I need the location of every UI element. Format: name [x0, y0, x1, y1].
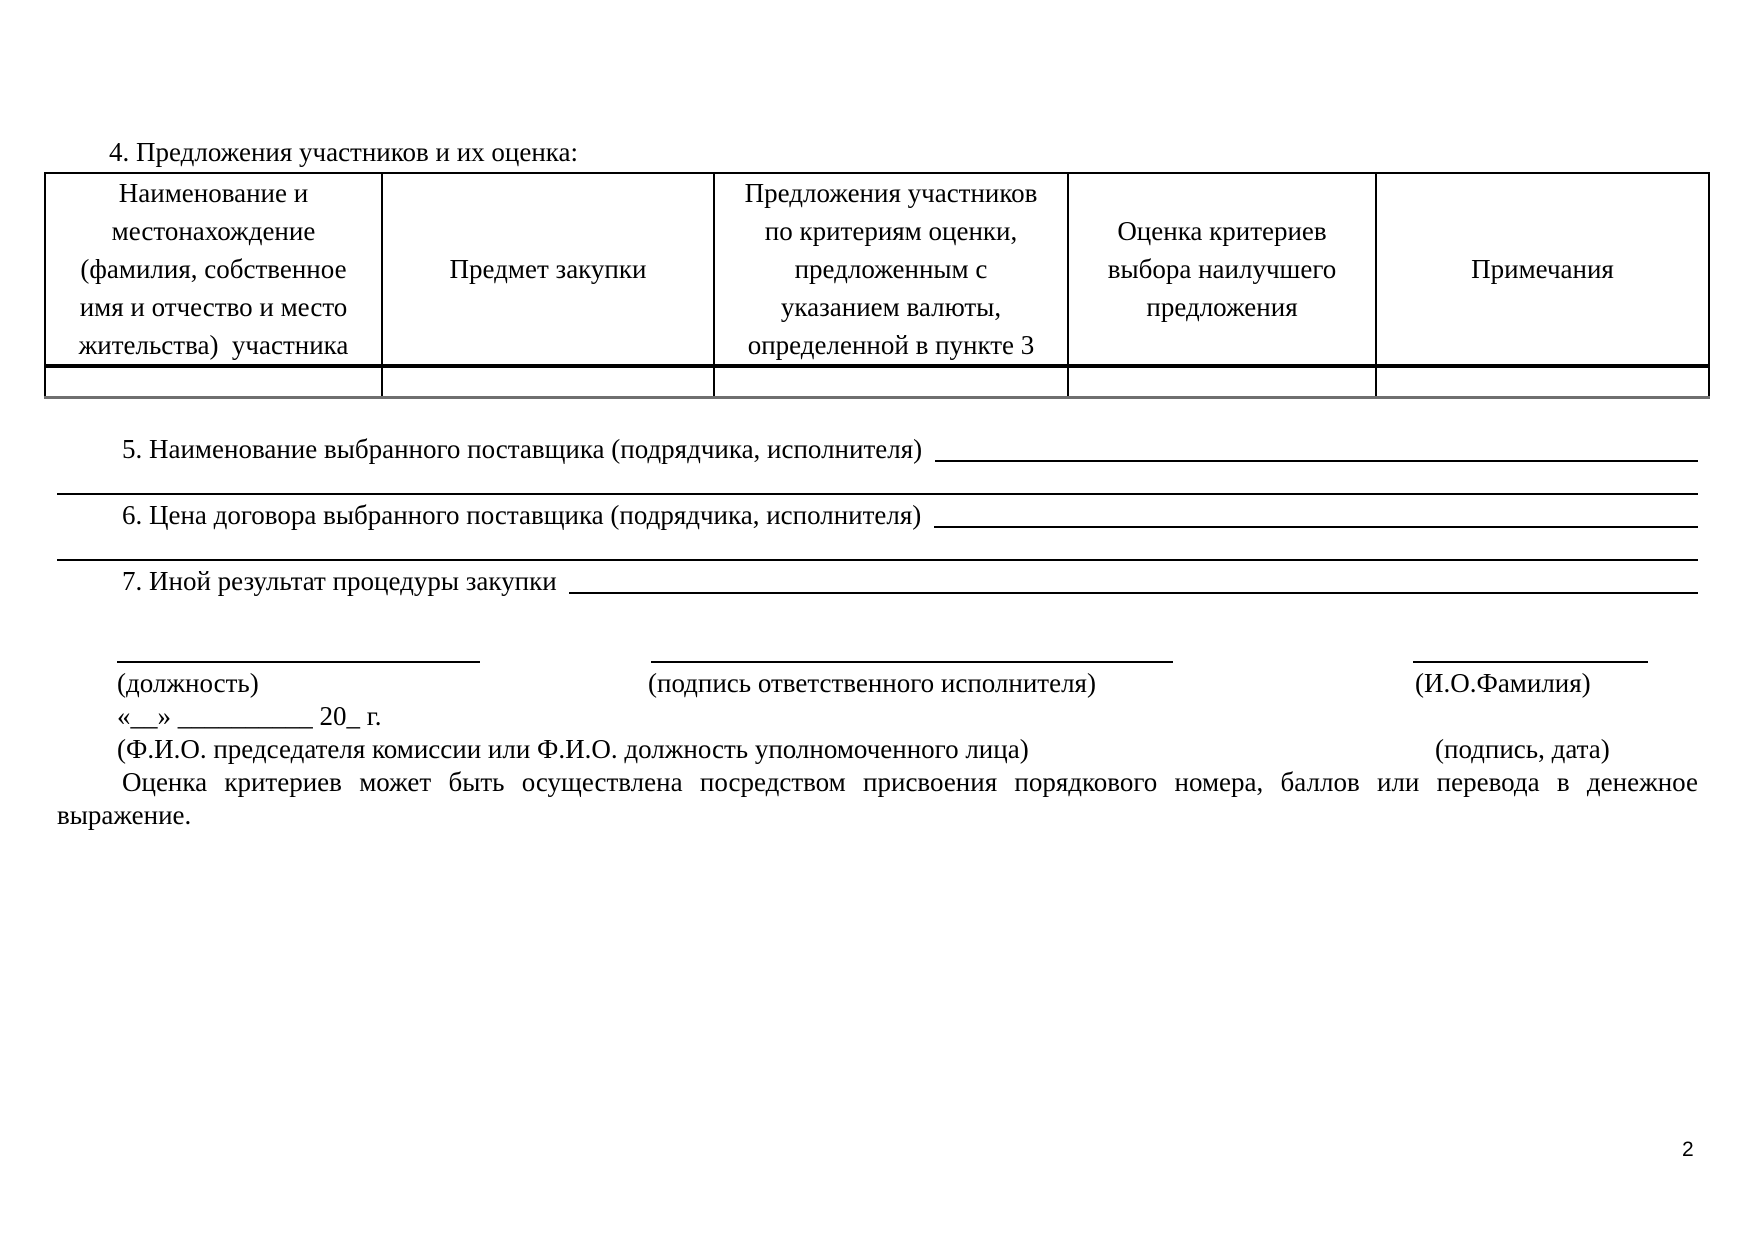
section5-line: 5. Наименование выбранного поставщика (п… — [57, 433, 1698, 466]
items-5-7-block: 5. Наименование выбранного поставщика (п… — [57, 433, 1698, 598]
table-row — [45, 366, 1709, 398]
proposals-table: Наименование и местонахождение (фамилия,… — [44, 172, 1710, 399]
section7-blank-line — [569, 565, 1698, 594]
cell-notes — [1376, 366, 1709, 398]
page-number: 2 — [1682, 1136, 1694, 1164]
document-page: 4. Предложения участников и их оценка: Н… — [0, 0, 1755, 1240]
section5-label: 5. Наименование выбранного поставщика (п… — [122, 433, 929, 466]
name-label: (И.О.Фамилия) — [1415, 667, 1591, 700]
section4-title: 4. Предложения участников и их оценка: — [57, 136, 1698, 169]
column-header-participant: Наименование и местонахождение (фамилия,… — [45, 173, 382, 366]
cell-participant — [45, 366, 382, 398]
section6-label: 6. Цена договора выбранного поставщика (… — [122, 499, 928, 532]
fio-label: (Ф.И.О. председателя комиссии или Ф.И.О.… — [117, 733, 1029, 766]
table-header-row: Наименование и местонахождение (фамилия,… — [45, 173, 1709, 366]
section7-label: 7. Иной результат процедуры закупки — [122, 565, 563, 598]
column-header-proposals: Предложения участников по критериям оцен… — [714, 173, 1068, 366]
name-blank-line — [1413, 661, 1648, 663]
criteria-note-paragraph: Оценка критериев может быть осуществлена… — [57, 766, 1698, 832]
cell-criteria-score — [1068, 366, 1376, 398]
cell-subject — [382, 366, 714, 398]
column-header-notes: Примечания — [1376, 173, 1709, 366]
section6-blank-line — [934, 499, 1698, 528]
signature-block: (должность) (подпись ответственного испо… — [57, 634, 1698, 766]
position-blank-line — [117, 661, 480, 663]
position-label: (должность) — [117, 667, 259, 700]
date-blank-text: «__» __________ 20_ г. — [117, 700, 382, 733]
column-header-criteria-score: Оценка критериев выбора наилучшего предл… — [1068, 173, 1376, 366]
section5-blank-line — [935, 433, 1698, 462]
signature-labels-row: (должность) (подпись ответственного испо… — [57, 667, 1698, 700]
criteria-note-line2: выражение. — [57, 799, 1698, 832]
section7-line: 7. Иной результат процедуры закупки — [57, 565, 1698, 598]
signature-underscore-row — [57, 634, 1698, 667]
column-header-subject: Предмет закупки — [382, 173, 714, 366]
executor-signature-label: (подпись ответственного исполнителя) — [648, 667, 1096, 700]
fio-row: (Ф.И.О. председателя комиссии или Ф.И.О.… — [57, 733, 1698, 766]
sign-date-label: (подпись, дата) — [1435, 733, 1610, 766]
section5-continuation — [57, 466, 1698, 499]
criteria-note-line1: Оценка критериев может быть осуществлена… — [122, 766, 1698, 799]
section6-line: 6. Цена договора выбранного поставщика (… — [57, 499, 1698, 532]
signature-blank-line — [651, 661, 1173, 663]
section6-continuation — [57, 532, 1698, 565]
cell-proposals — [714, 366, 1068, 398]
date-row: «__» __________ 20_ г. — [57, 700, 1698, 733]
blank-line-continuation — [57, 532, 1698, 561]
blank-line-continuation — [57, 466, 1698, 495]
